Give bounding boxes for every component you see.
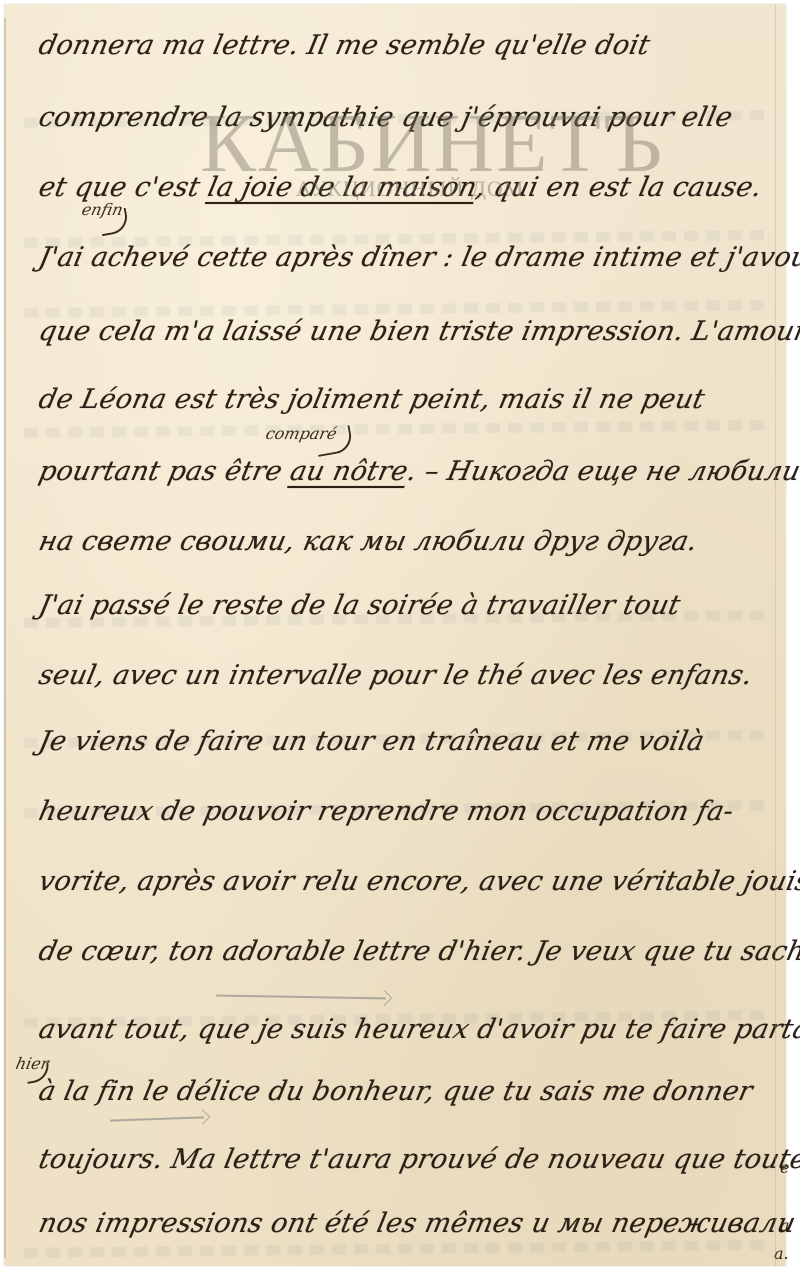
letter-line-5: que cela m'a laissé une bien triste impr… (36, 316, 783, 347)
margin-mark: a (780, 1216, 790, 1235)
letter-line-17: toujours. Ma lettre t'aura prouvé de nou… (36, 1144, 783, 1175)
letter-line-11: Je viens de faire un tour en traîneau et… (36, 726, 783, 757)
letter-line-6: de Léona est très joliment peint, mais i… (36, 384, 783, 415)
letter-line-3: et que c'est la joie de la maison, qui e… (36, 172, 783, 203)
bleed-through (24, 420, 764, 438)
letter-line-14: de cœur, ton adorable lettre d'hier. Je … (36, 936, 783, 967)
letter-line-2: comprendre la sympathie que j'éprouvai p… (36, 102, 783, 133)
letter-line-8: на свете своими, как мы любили друг друг… (36, 526, 783, 557)
bleed-through (24, 1240, 764, 1258)
letter-line-15: avant tout, que je suis heureux d'avoir … (36, 1014, 783, 1045)
letter-line-13: vorite, après avoir relu encore, avec un… (36, 866, 783, 897)
underlined-phrase: au nôtre (287, 456, 411, 487)
line-text: . – Никогда еще не любили (404, 456, 800, 487)
margin-mark: a. (774, 1244, 789, 1263)
pencil-arrow-mark (216, 995, 386, 1000)
margin-mark: e (780, 1158, 789, 1177)
letter-page: donnera ma lettre. Il me semble qu'elle … (4, 4, 786, 1266)
letter-line-9: J'ai passé le reste de la soirée à trava… (36, 590, 783, 621)
line-text: et que c'est (36, 172, 212, 203)
line-text: pourtant pas être (36, 456, 294, 487)
line-text: , qui en est la cause. (473, 172, 765, 203)
insertion-caret (98, 208, 130, 236)
letter-line-18: nos impressions ont été les mêmes и мы п… (36, 1208, 783, 1239)
letter-line-7: pourtant pas être au nôtre. – Никогда ещ… (36, 456, 783, 487)
letter-line-10: seul, avec un intervalle pour le thé ave… (36, 660, 783, 691)
underlined-phrase: la joie de la maison (205, 172, 480, 203)
pencil-arrow-mark (110, 1116, 204, 1121)
letter-line-16: à la fin le délice du bonheur, que tu sa… (36, 1076, 783, 1107)
letter-line-1: donnera ma lettre. Il me semble qu'elle … (36, 30, 783, 61)
letter-line-4: J'ai achevé cette après dîner : le drame… (36, 242, 783, 273)
insertion-caret (314, 425, 354, 457)
letter-line-12: heureux de pouvoir reprendre mon occupat… (36, 796, 783, 827)
